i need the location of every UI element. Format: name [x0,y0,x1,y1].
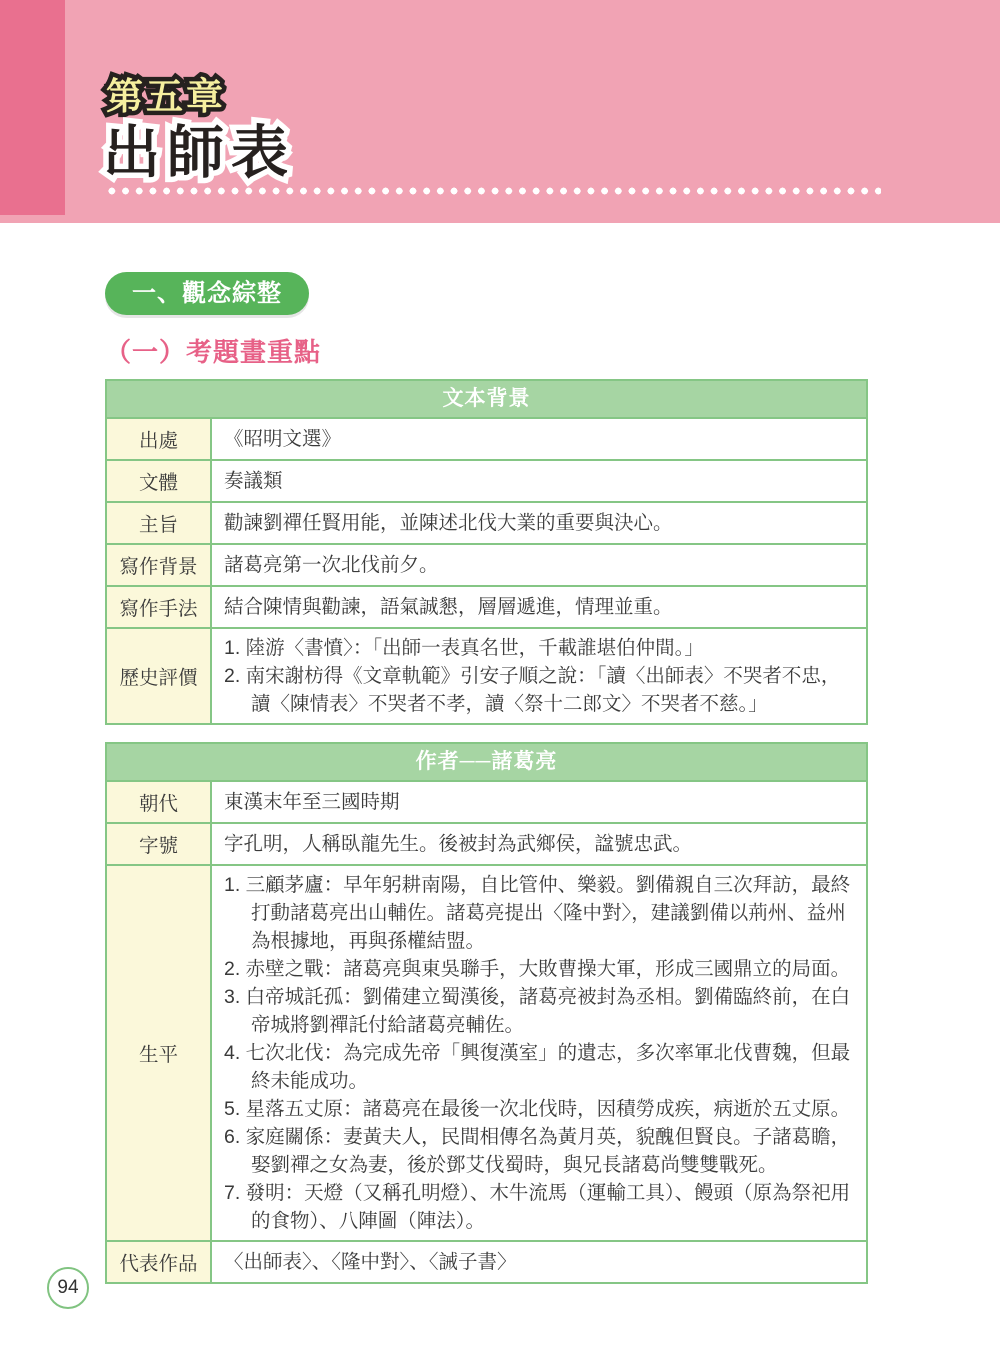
row-content: 字孔明，人稱臥龍先生。後被封為武鄉侯，諡號忠武。 [212,824,866,864]
row-content: 1. 三顧茅廬：早年躬耕南陽，自比管仲、樂毅。劉備親自三次拜訪，最終打動諸葛亮出… [212,866,866,1240]
row-text: 勸諫劉禪任賢用能，並陳述北伐大業的重要與決心。 [224,508,854,538]
row-label: 寫作手法 [107,587,212,627]
list-item: 2. 南宋謝枋得《文章軌範》引安子順之說：「讀〈出師表〉不哭者不忠，讀〈陳情表〉… [224,662,854,718]
table-row: 代表作品〈出師表〉、〈隆中對〉、〈誡子書〉 [107,1240,866,1282]
row-content: 結合陳情與勸諫，語氣誠懇，層層遞進，情理並重。 [212,587,866,627]
textbook-page: 第五章 出師表 一、觀念綜整 （一）考題畫重點 文本背景出處《昭明文選》文體奏議… [0,0,1000,1353]
table-row: 朝代東漢末年至三國時期 [107,780,866,822]
chapter-banner: 第五章 出師表 [0,0,1000,223]
row-label: 寫作背景 [107,545,212,585]
table-title: 文本背景 [107,381,866,417]
row-label: 字號 [107,824,212,864]
info-table: 文本背景出處《昭明文選》文體奏議類主旨勸諫劉禪任賢用能，並陳述北伐大業的重要與決… [105,379,868,725]
row-text: 東漢末年至三國時期 [224,787,854,817]
list-item: 4. 七次北伐：為完成先帝「興復漢室」的遺志，多次率軍北伐曹魏，但最終未能成功。 [224,1039,854,1095]
row-text: 字孔明，人稱臥龍先生。後被封為武鄉侯，諡號忠武。 [224,829,854,859]
row-text: 〈出師表〉、〈隆中對〉、〈誡子書〉 [224,1247,854,1277]
row-label: 主旨 [107,503,212,543]
page-content: 一、觀念綜整 （一）考題畫重點 文本背景出處《昭明文選》文體奏議類主旨勸諫劉禪任… [0,223,1000,1284]
table-row: 主旨勸諫劉禪任賢用能，並陳述北伐大業的重要與決心。 [107,501,866,543]
row-label: 出處 [107,419,212,459]
page-number-badge: 94 [47,1267,89,1309]
list-item: 7. 發明：天燈（又稱孔明燈）、木牛流馬（運輸工具）、饅頭（原為祭祀用的食物）、… [224,1179,854,1235]
table-row: 寫作手法結合陳情與勸諫，語氣誠懇，層層遞進，情理並重。 [107,585,866,627]
row-text: 諸葛亮第一次北伐前夕。 [224,550,854,580]
table-row: 歷史評價1. 陸游〈書憤〉：「出師一表真名世，千載誰堪伯仲間。」2. 南宋謝枋得… [107,627,866,723]
table-row: 寫作背景諸葛亮第一次北伐前夕。 [107,543,866,585]
list-item: 6. 家庭關係：妻黃夫人，民間相傳名為黃月英，貌醜但賢良。子諸葛瞻，娶劉禪之女為… [224,1123,854,1179]
dotted-divider [105,187,881,195]
list-item: 5. 星落五丈原：諸葛亮在最後一次北伐時，因積勞成疾，病逝於五丈原。 [224,1095,854,1123]
row-label: 生平 [107,866,212,1240]
row-content: 諸葛亮第一次北伐前夕。 [212,545,866,585]
row-text: 奏議類 [224,466,854,496]
row-text: 結合陳情與勸諫，語氣誠懇，層層遞進，情理並重。 [224,592,854,622]
row-content: 奏議類 [212,461,866,501]
table-row: 文體奏議類 [107,459,866,501]
list-item: 3. 白帝城託孤：劉備建立蜀漢後，諸葛亮被封為丞相。劉備臨終前，在白帝城將劉禪託… [224,983,854,1039]
table-title: 作者──諸葛亮 [107,744,866,780]
row-content: 勸諫劉禪任賢用能，並陳述北伐大業的重要與決心。 [212,503,866,543]
subsection-heading: （一）考題畫重點 [105,337,868,367]
row-content: 東漢末年至三國時期 [212,782,866,822]
section-badge: 一、觀念綜整 [105,272,309,315]
row-label: 文體 [107,461,212,501]
row-label: 歷史評價 [107,629,212,723]
row-text: 《昭明文選》 [224,424,854,454]
row-content: 〈出師表〉、〈隆中對〉、〈誡子書〉 [212,1242,866,1282]
table-row: 字號字孔明，人稱臥龍先生。後被封為武鄉侯，諡號忠武。 [107,822,866,864]
tables-section: 文本背景出處《昭明文選》文體奏議類主旨勸諫劉禪任賢用能，並陳述北伐大業的重要與決… [105,379,868,1284]
info-table: 作者──諸葛亮朝代東漢末年至三國時期字號字孔明，人稱臥龍先生。後被封為武鄉侯，諡… [105,742,868,1284]
table-row: 生平1. 三顧茅廬：早年躬耕南陽，自比管仲、樂毅。劉備親自三次拜訪，最終打動諸葛… [107,864,866,1240]
row-label: 代表作品 [107,1242,212,1282]
chapter-title: 出師表 [103,107,295,189]
table-row: 出處《昭明文選》 [107,417,866,459]
list-item: 2. 赤壁之戰：諸葛亮與東吳聯手，大敗曹操大軍，形成三國鼎立的局面。 [224,955,854,983]
row-label: 朝代 [107,782,212,822]
page-number: 94 [57,1277,78,1299]
list-item: 1. 三顧茅廬：早年躬耕南陽，自比管仲、樂毅。劉備親自三次拜訪，最終打動諸葛亮出… [224,871,854,955]
banner-accent-stripe [0,0,65,215]
list-item: 1. 陸游〈書憤〉：「出師一表真名世，千載誰堪伯仲間。」 [224,634,854,662]
row-content: 1. 陸游〈書憤〉：「出師一表真名世，千載誰堪伯仲間。」2. 南宋謝枋得《文章軌… [212,629,866,723]
row-content: 《昭明文選》 [212,419,866,459]
